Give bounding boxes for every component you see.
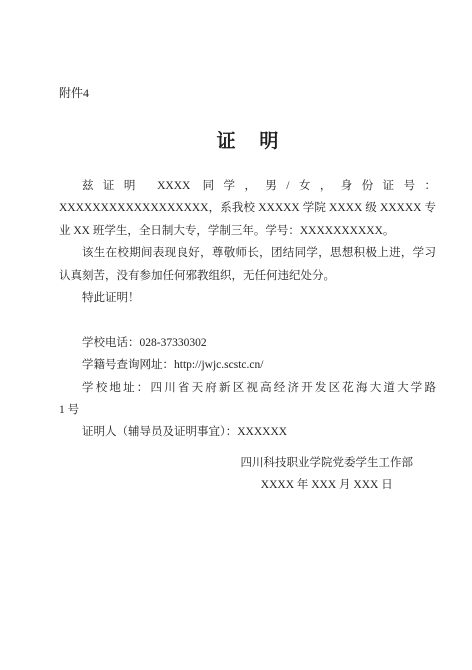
- contact-section: 学校电话：028-37330302 学籍号查询网址：http://jwjc.sc…: [59, 332, 436, 444]
- signature-block: 四川科技职业学院党委学生工作部 XXXX 年 XXX 月 XXX 日: [59, 452, 413, 497]
- school-address-line-1: 学校地址：四川省天府新区视高经济开发区花海大道大学路: [59, 377, 436, 399]
- signature-inner: 四川科技职业学院党委学生工作部 XXXX 年 XXX 月 XXX 日: [241, 452, 414, 497]
- paragraph-student-info: 兹证明 XXXX 同学，男/女，身份证号：XXXXXXXXXXXXXXXXXX，…: [59, 175, 436, 242]
- school-address-line-2: 1 号: [59, 399, 436, 421]
- attachment-label: 附件4: [59, 86, 436, 101]
- school-phone-line: 学校电话：028-37330302: [59, 332, 436, 354]
- paragraph-closing: 特此证明！: [59, 287, 436, 309]
- paragraph-conduct: 该生在校期间表现良好，尊敬师长，团结同学，思想积极上进，学习认真刻苦，没有参加任…: [59, 242, 436, 287]
- certificate-page: 附件4 证 明 兹证明 XXXX 同学，男/女，身份证号：XXXXXXXXXXX…: [0, 0, 472, 670]
- registry-url-line: 学籍号查询网址：http://jwjc.scstc.cn/: [59, 354, 436, 376]
- document-title: 证 明: [59, 129, 436, 155]
- signature-organization: 四川科技职业学院党委学生工作部: [241, 452, 414, 474]
- certifier-line: 证明人（辅导员及证明事宜）：XXXXXX: [59, 421, 436, 443]
- signature-date: XXXX 年 XXX 月 XXX 日: [241, 474, 414, 496]
- document-body: 兹证明 XXXX 同学，男/女，身份证号：XXXXXXXXXXXXXXXXXX，…: [59, 175, 436, 497]
